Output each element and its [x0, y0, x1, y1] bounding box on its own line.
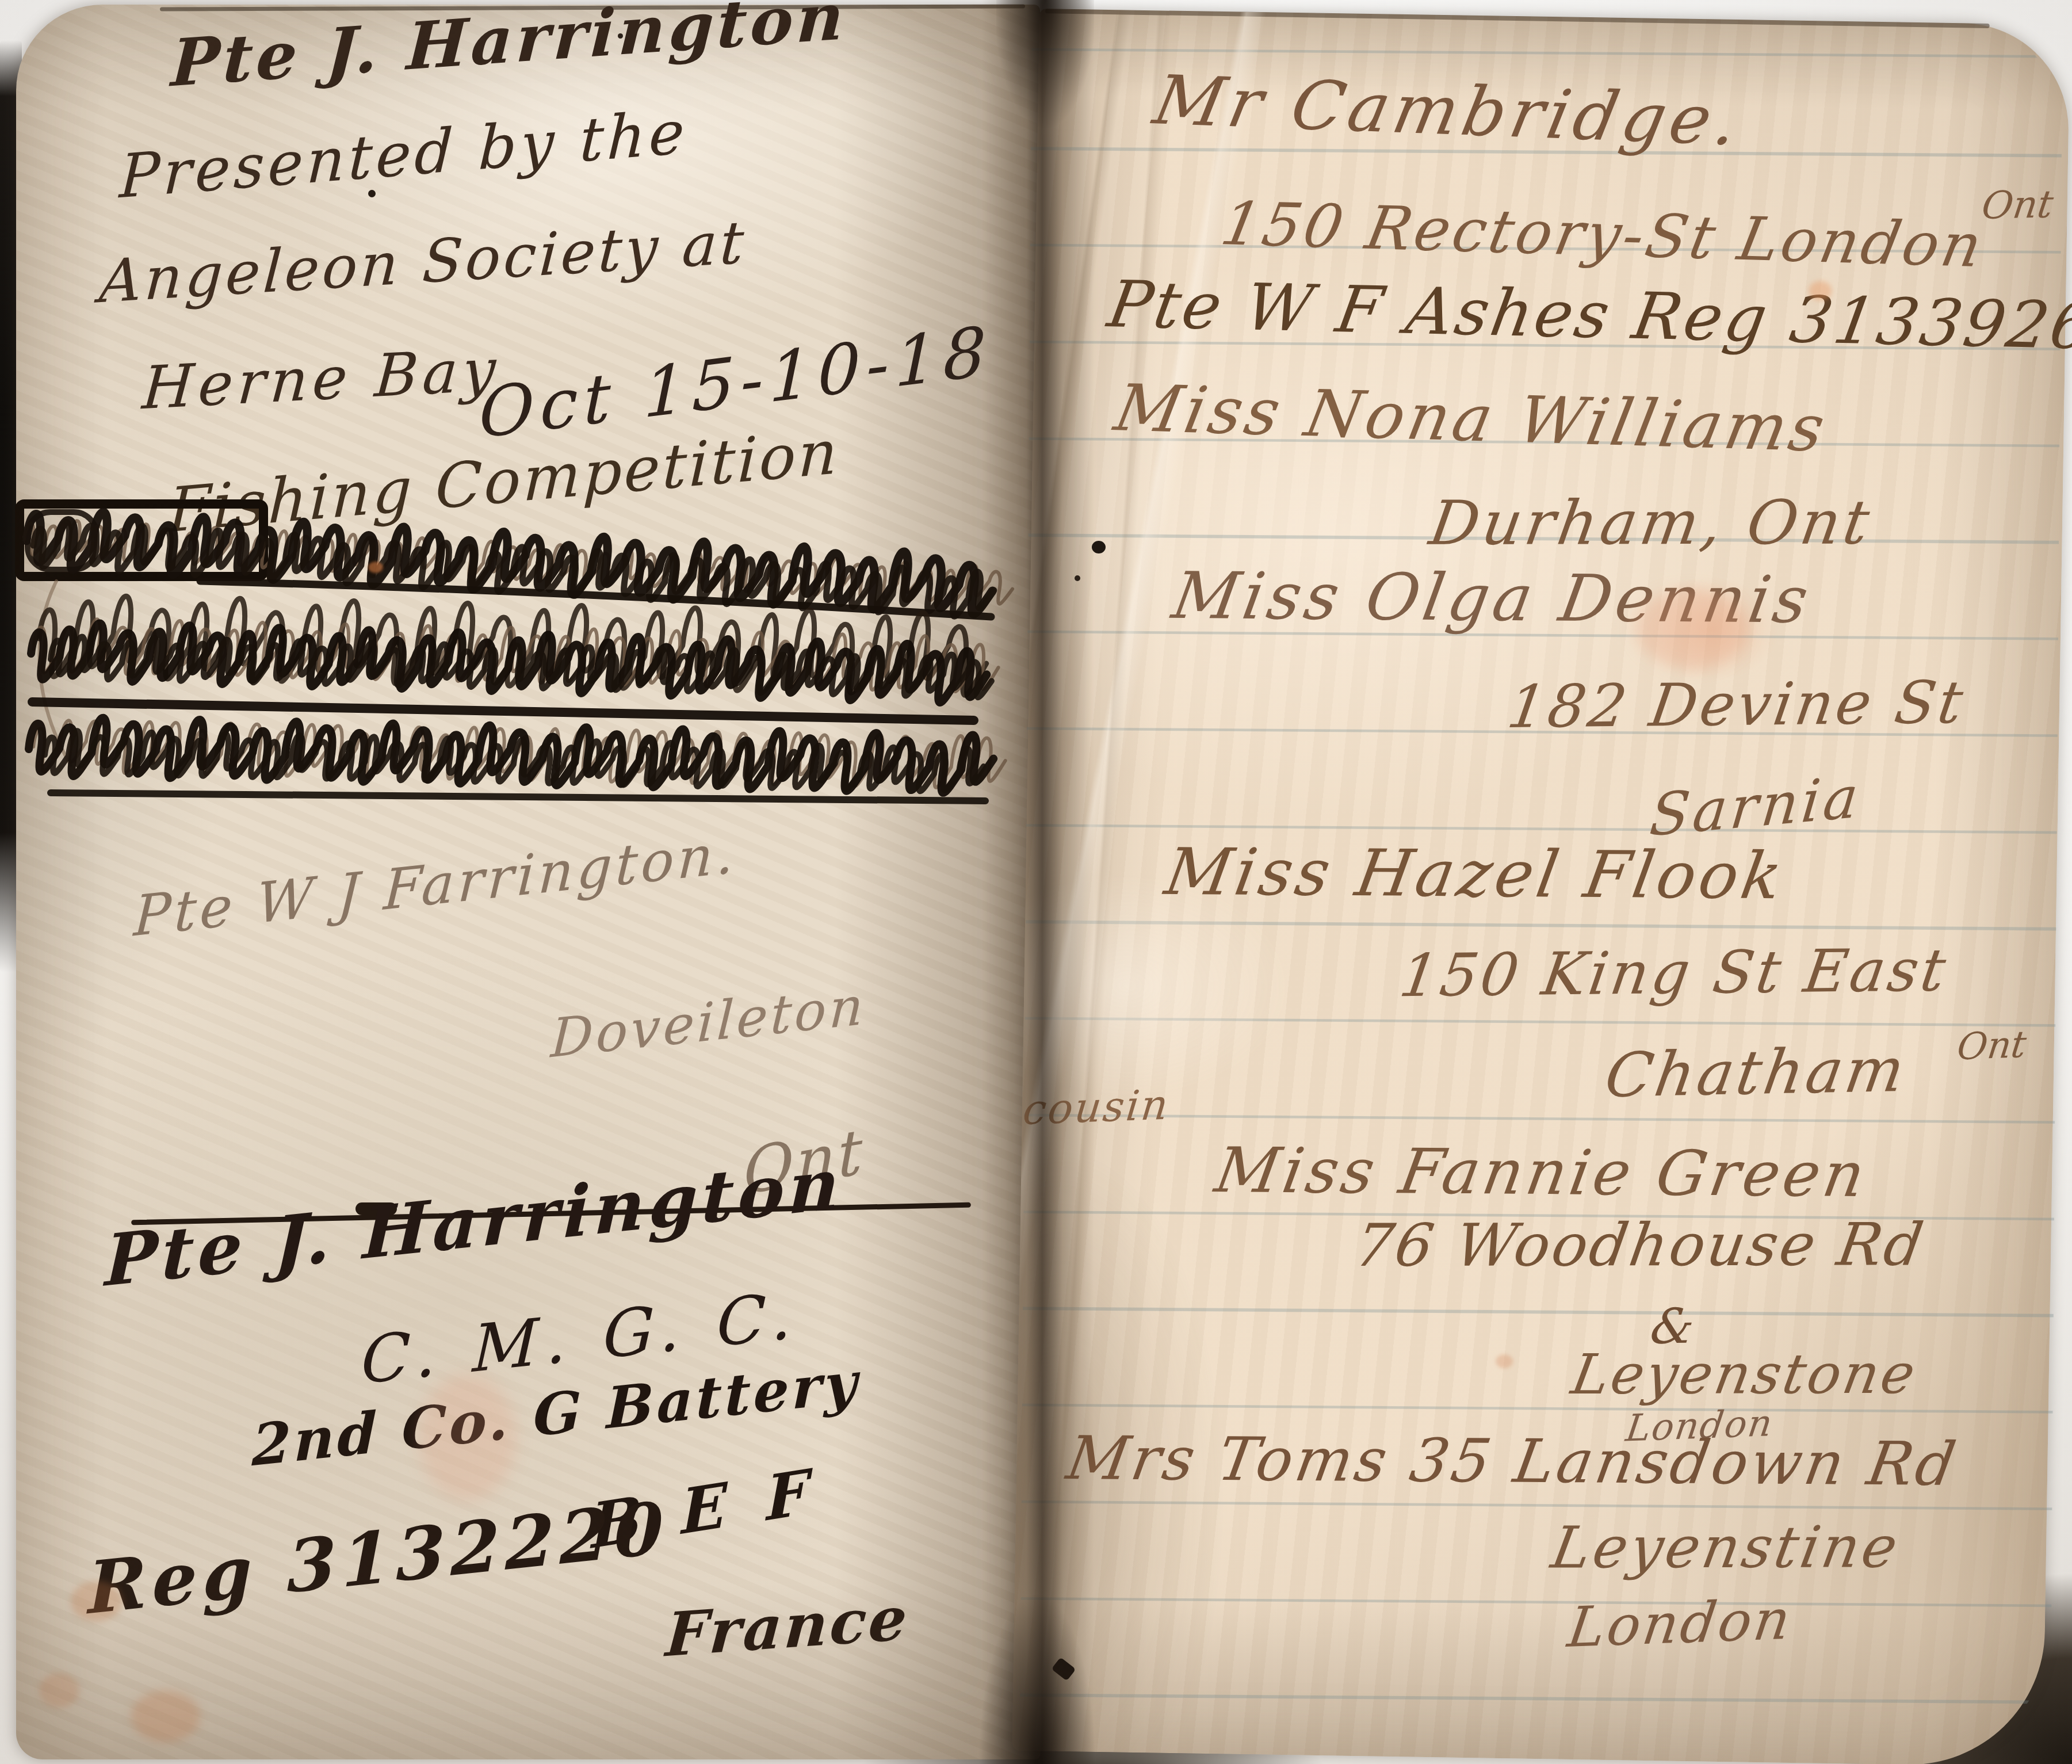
- ink-dot: [1075, 575, 1080, 581]
- left-line-town-pencil: Doveileton: [550, 979, 867, 1066]
- foxing-stain: [71, 1581, 123, 1621]
- right-line-king-st: 150 King St East: [1396, 941, 1952, 1006]
- ink-dot: [1092, 541, 1106, 553]
- right-line-leyenstine: Leyenstine: [1547, 1518, 1904, 1576]
- left-line-farrington-pencil: Pte W J Farrington.: [132, 825, 739, 944]
- right-line-cambridge: Mr Cambridge.: [1149, 66, 1748, 155]
- foxing-dot: [368, 562, 383, 573]
- right-line-fannie-green: Miss Fannie Green: [1211, 1140, 1872, 1206]
- left-line-society: Angeleon Society at: [98, 213, 748, 312]
- right-line-chatham-ont: Ont: [1955, 1026, 2028, 1066]
- left-line-reg-number: Reg 3132220: [88, 1492, 668, 1625]
- left-line-signature-name: Pte J. Harrington: [104, 1148, 844, 1296]
- right-line-rectory-ont: Ont: [1979, 185, 2055, 225]
- left-page: Pte J. Harrington Presented by the Angel…: [16, 5, 1040, 1759]
- binding-gutter-shadow: [981, 0, 1094, 1764]
- left-line-owner-name: Pte J. Harrington: [170, 0, 848, 96]
- foxing-stain: [131, 1690, 200, 1742]
- right-line-durham-ont: Durham, Ont: [1426, 492, 1877, 554]
- ink-scribble-block: [16, 495, 1017, 828]
- right-line-woodhouse-rd: 76 Woodhouse Rd: [1351, 1216, 1929, 1276]
- pink-smudge: [419, 1374, 517, 1500]
- ink-speck: [618, 33, 623, 39]
- binding-shadow-bottom: [971, 1507, 1103, 1764]
- right-line-nona-williams: Miss Nona Williams: [1110, 376, 1833, 461]
- right-line-hazel-flook: Miss Hazel Flook: [1161, 840, 1790, 908]
- right-line-chatham: Chatham: [1601, 1040, 1912, 1106]
- right-page: Mr Cambridge. 150 Rectory-St London Ont …: [1012, 9, 2070, 1764]
- binding-shadow-top: [996, 0, 1094, 190]
- right-line-mrs-toms: Mrs Toms 35 Lansdown Rd: [1063, 1428, 1963, 1494]
- left-line-france: France: [664, 1588, 911, 1665]
- right-line-leyenstone: Leyenstone: [1568, 1346, 1921, 1402]
- left-line-herne-bay: Herne Bay: [140, 341, 502, 418]
- notebook-scan: Pte J. Harrington Presented by the Angel…: [0, 0, 2072, 1764]
- foxing-stain: [39, 1673, 79, 1708]
- left-line-presented-by: Presented by the: [118, 102, 689, 207]
- right-line-devine-st: 182 Devine St: [1504, 674, 1969, 737]
- right-line-london: London: [1565, 1591, 1796, 1655]
- ink-speck: [368, 190, 376, 197]
